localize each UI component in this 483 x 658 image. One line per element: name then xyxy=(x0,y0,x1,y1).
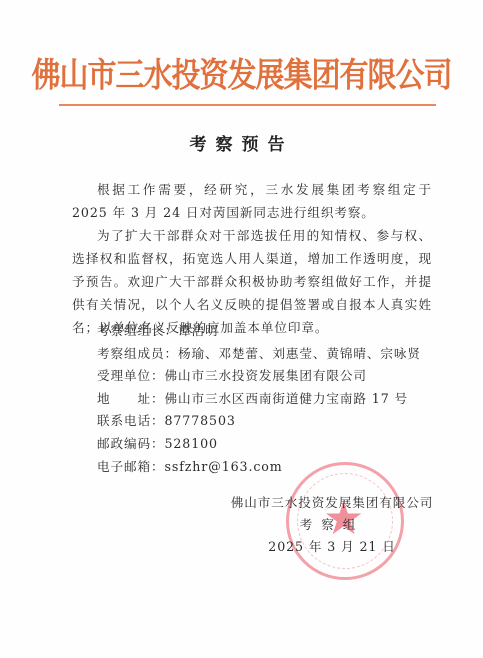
info-label: 受理单位： xyxy=(97,365,164,388)
info-value: ssfzhr@163.com xyxy=(164,459,282,474)
info-value: 528100 xyxy=(164,436,217,451)
info-label: 电子邮箱： xyxy=(97,456,164,479)
info-label: 联系电话： xyxy=(97,410,164,433)
paragraph-1-block: 根据工作需要，经研究，三水发展集团考察组定于 2025 年 3 月 24 日对苪… xyxy=(72,178,432,224)
info-row-phone: 联系电话：87778503 xyxy=(97,410,421,433)
info-row-members: 考察组成员：杨瑜、邓楚蕾、刘惠莹、黄锦晴、宗咏贤 xyxy=(97,343,421,366)
info-row-leader: 考察组组长：谭浩明 xyxy=(97,320,421,343)
info-label: 考察组组长： xyxy=(97,320,178,343)
info-label: 地 址： xyxy=(97,388,164,411)
letterhead-divider xyxy=(59,104,436,106)
info-value: 佛山市三水区西南街道健力宝南路 17 号 xyxy=(164,391,408,406)
signature-group: 考察组 xyxy=(222,514,442,536)
info-row-address: 地 址：佛山市三水区西南街道健力宝南路 17 号 xyxy=(97,388,421,411)
info-label: 邮政编码： xyxy=(97,433,164,456)
info-value: 谭浩明 xyxy=(178,323,218,338)
info-label: 考察组成员： xyxy=(97,343,178,366)
contact-info: 考察组组长：谭浩明 考察组成员：杨瑜、邓楚蕾、刘惠莹、黄锦晴、宗咏贤 受理单位：… xyxy=(97,320,421,478)
signature-organization: 佛山市三水投资发展集团有限公司 xyxy=(222,492,442,514)
document-page: 佛山市三水投资发展集团有限公司 考察预告 根据工作需要，经研究，三水发展集团考察… xyxy=(0,0,483,658)
signature-date: 2025 年 3 月 21 日 xyxy=(222,536,442,558)
info-row-postcode: 邮政编码：528100 xyxy=(97,433,421,456)
letterhead-company-name: 佛山市三水投资发展集团有限公司 xyxy=(0,52,483,98)
paragraph-1: 根据工作需要，经研究，三水发展集团考察组定于 2025 年 3 月 24 日对苪… xyxy=(72,178,432,224)
info-value: 87778503 xyxy=(164,413,235,428)
document-title: 考察预告 xyxy=(0,130,483,155)
info-row-receiving-unit: 受理单位：佛山市三水投资发展集团有限公司 xyxy=(97,365,421,388)
info-value: 杨瑜、邓楚蕾、刘惠莹、黄锦晴、宗咏贤 xyxy=(178,346,421,361)
info-value: 佛山市三水投资发展集团有限公司 xyxy=(164,368,366,383)
signature-block: 佛山市三水投资发展集团有限公司 考察组 2025 年 3 月 21 日 xyxy=(222,492,442,558)
